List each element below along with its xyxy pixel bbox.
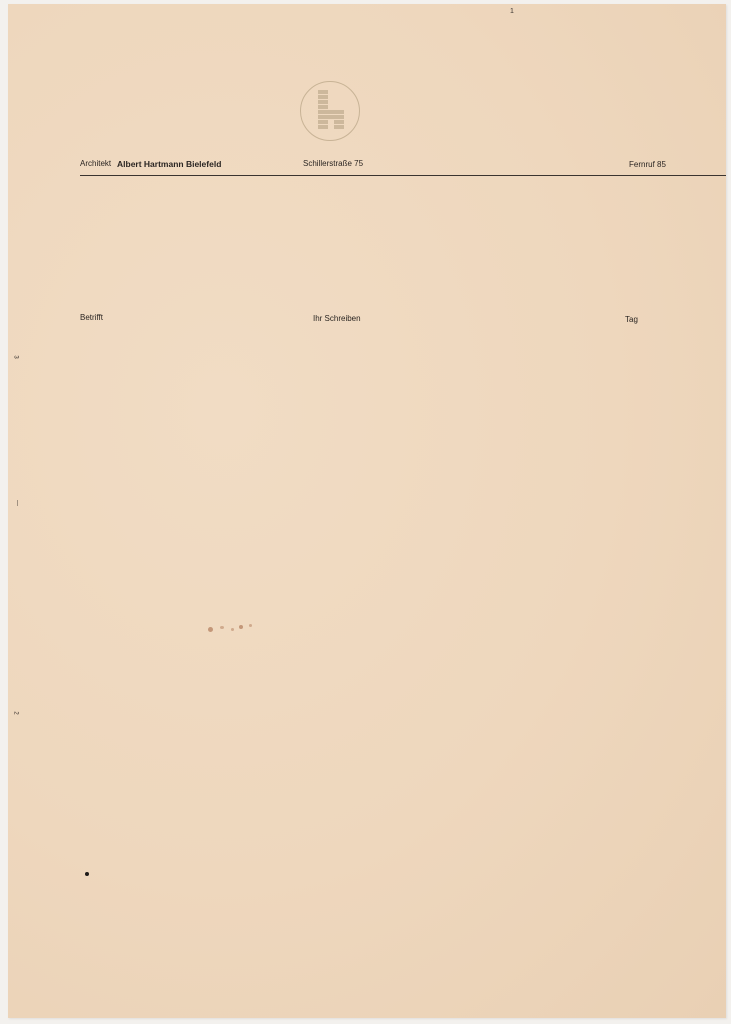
- address: Schillerstraße 75: [303, 159, 363, 168]
- stain: [220, 626, 224, 629]
- header-rule: [80, 175, 726, 176]
- subject-label: Betrifft: [80, 313, 103, 322]
- your-letter-label: Ihr Schreiben: [313, 314, 361, 323]
- stain: [249, 624, 252, 627]
- ink-dot: [85, 872, 89, 876]
- date-label: Tag: [625, 315, 638, 324]
- stain: [231, 628, 234, 631]
- fold-mark-top: 1: [510, 8, 514, 15]
- punch-mark-left: —: [14, 500, 20, 506]
- fold-mark-left-lower: 2: [13, 711, 19, 714]
- stain: [239, 625, 243, 629]
- letterhead-sheet: 1 3 — 2 Architekt Albert Hartmann Bielef…: [8, 4, 726, 1018]
- architect-name: Albert Hartmann Bielefeld: [117, 159, 221, 169]
- stain: [208, 627, 213, 632]
- phone: Fernruf 85: [629, 160, 666, 169]
- fold-mark-left-upper: 3: [13, 355, 19, 358]
- brick-h-monogram-icon: [300, 81, 360, 141]
- architect-label: Architekt: [80, 159, 111, 168]
